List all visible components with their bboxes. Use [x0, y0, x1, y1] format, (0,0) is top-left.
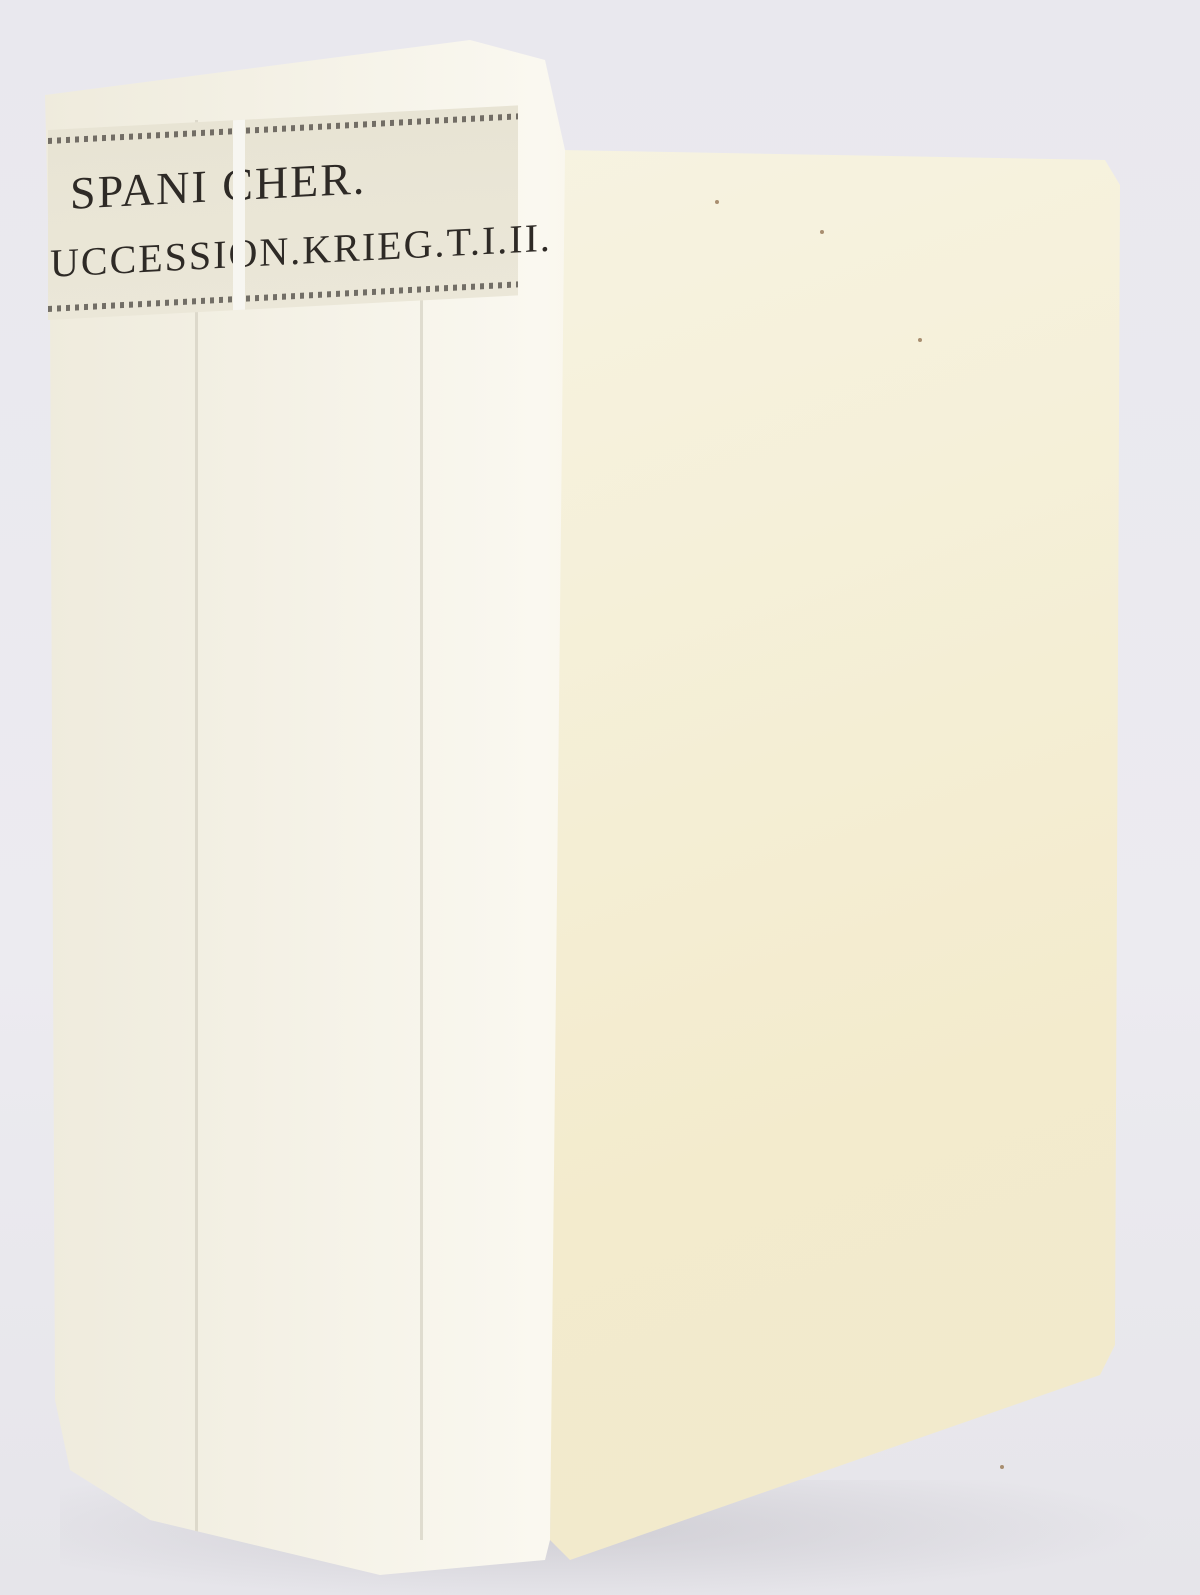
label-tear [233, 120, 245, 311]
foxing-spot [918, 338, 922, 342]
spine-title-label: SPANI CHER. UCCESSION.KRIEG.T.I.II. [48, 105, 518, 320]
label-line-2: UCCESSION.KRIEG.T.I.II. [50, 214, 552, 287]
spine-crease [420, 120, 423, 1540]
label-line-1: SPANI CHER. [70, 151, 366, 220]
foxing-spot [820, 230, 824, 234]
spine-crease [195, 120, 198, 1540]
foxing-spot [1000, 1465, 1004, 1469]
foxing-spot [715, 200, 719, 204]
